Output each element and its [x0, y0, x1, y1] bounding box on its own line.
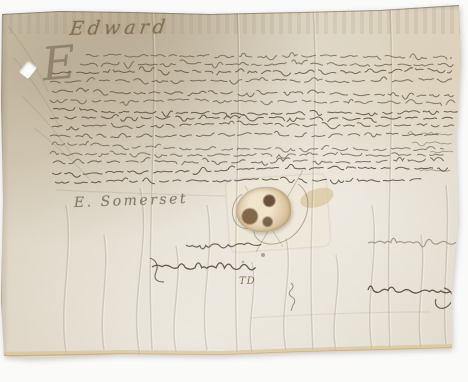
photo-frame: Edward E E. Somerset TD [0, 0, 468, 382]
parchment-shadow-wrap: Edward E E. Somerset TD [0, 0, 468, 382]
vellum-document: Edward E E. Somerset TD [0, 0, 468, 382]
body-script [50, 52, 459, 183]
marginalia-ink [408, 132, 453, 172]
drop-cap-initial: E [40, 39, 77, 88]
signatures-ink [150, 238, 464, 293]
clerk-initials: TD [239, 276, 256, 287]
royal-heading: Edward [69, 16, 171, 40]
